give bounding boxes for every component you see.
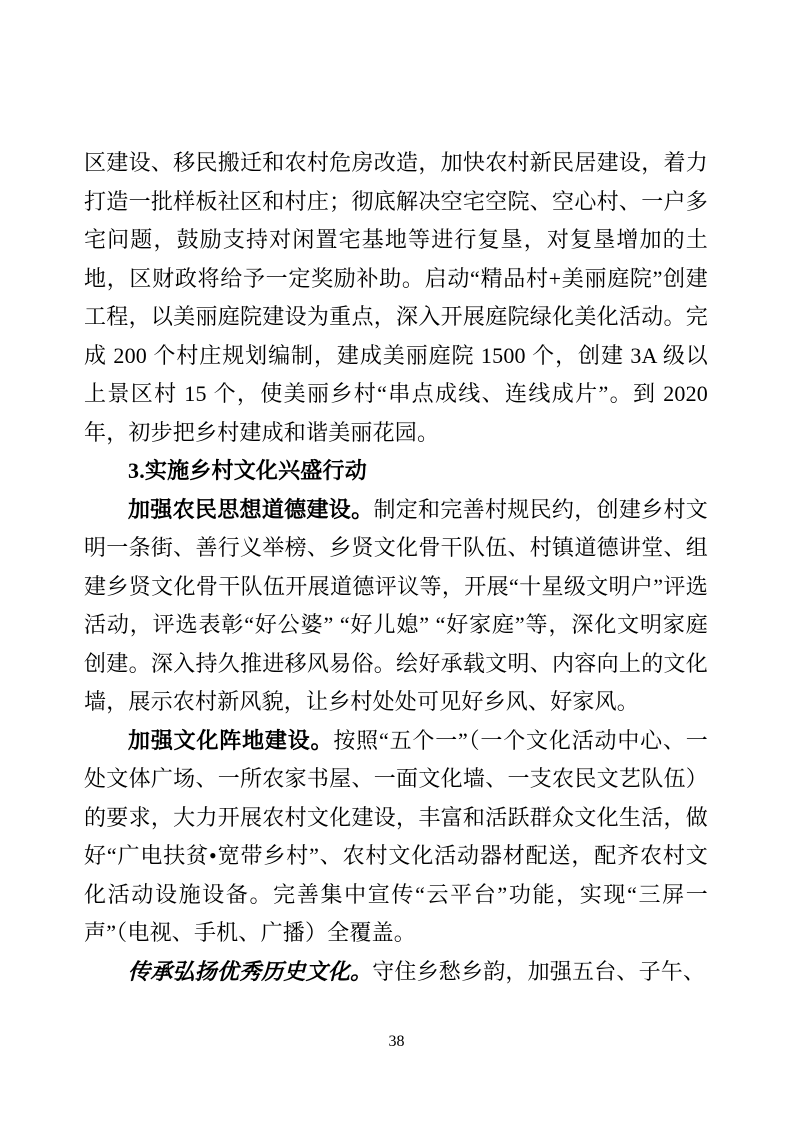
paragraph-heritage-lead: 传承弘扬优秀历史文化。 [128, 959, 372, 984]
page-number: 38 [389, 1033, 405, 1050]
section-heading: 3.实施乡村文化兴盛行动 [84, 452, 708, 491]
paragraph-morality: 加强农民思想道德建设。制定和完善村规民约，创建乡村文明一条街、善行义举榜、乡贤文… [84, 491, 708, 722]
paragraph-culture-ground-lead: 加强文化阵地建设。 [128, 728, 333, 753]
paragraph-culture-ground: 加强文化阵地建设。按照“五个一”（一个文化活动中心、一处文体广场、一所农家书屋、… [84, 722, 708, 953]
paragraph-culture-ground-body: 按照“五个一”（一个文化活动中心、一处文体广场、一所农家书屋、一面文化墙、一支农… [84, 728, 708, 946]
paragraph-morality-lead: 加强农民思想道德建设。 [128, 497, 373, 522]
paragraph-continuation: 区建设、移民搬迁和农村危房改造，加快农村新民居建设，着力打造一批样板社区和村庄；… [84, 144, 708, 452]
document-page: 区建设、移民搬迁和农村危房改造，加快农村新民居建设，着力打造一批样板社区和村庄；… [0, 0, 793, 1122]
paragraph-heritage-body: 守住乡愁乡韵，加强五台、子午、 [372, 959, 705, 984]
page-content: 区建设、移民搬迁和农村危房改造，加快农村新民居建设，着力打造一批样板社区和村庄；… [84, 144, 708, 991]
page-footer: 38 [0, 1031, 793, 1053]
paragraph-morality-body: 制定和完善村规民约，创建乡村文明一条街、善行义举榜、乡贤文化骨干队伍、村镇道德讲… [84, 497, 708, 715]
paragraph-heritage: 传承弘扬优秀历史文化。守住乡愁乡韵，加强五台、子午、 [84, 953, 708, 992]
